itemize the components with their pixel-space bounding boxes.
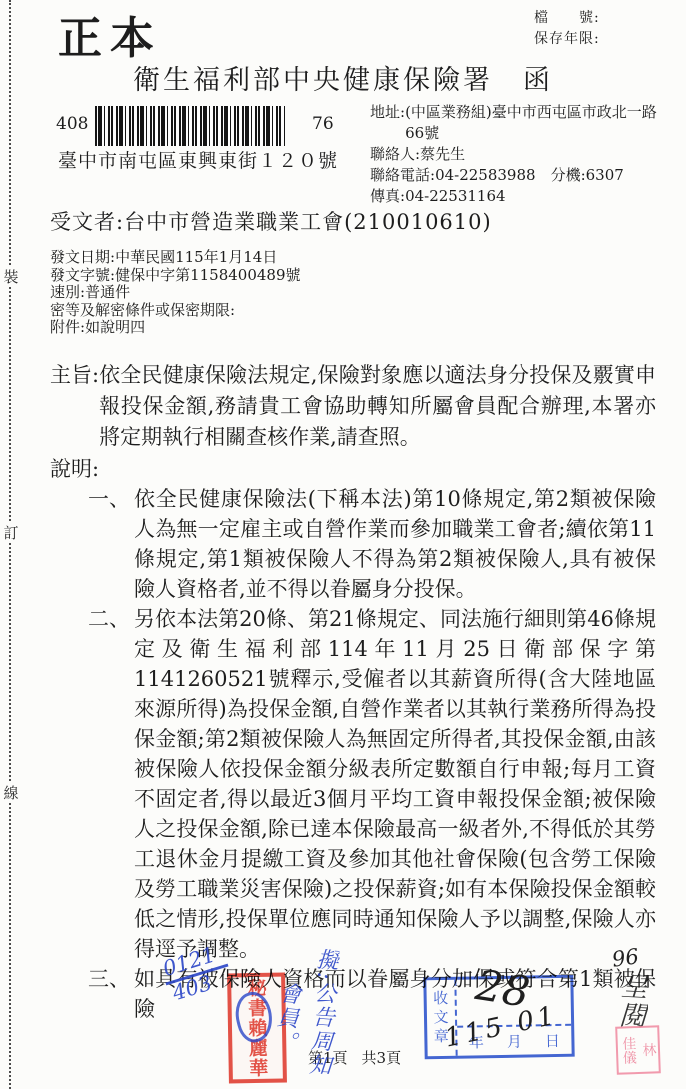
binding-mark-zhuang: 裝 — [1, 266, 21, 287]
sender-address-row: 地址: (中區業務組)臺中市西屯區市政北一路66號 — [370, 102, 666, 144]
sender-fax-row: 傳真: 04-22531164 — [370, 186, 666, 207]
doc-number-label: 發文字號: — [50, 267, 115, 285]
recipient-line: 受文者:台中市營造業職業工會(210010610) — [50, 206, 492, 236]
item-2-number: 二、 — [88, 604, 134, 964]
attachment-row: 附件: 如說明四 — [50, 319, 301, 337]
speed-row: 速別: 普通件 — [50, 284, 301, 302]
sender-contact-label: 聯絡人: — [370, 144, 420, 165]
speed-value: 普通件 — [85, 284, 130, 302]
subject-paragraph: 主旨: 依全民健康保險法規定,保險對象應以適法身分投保及覈實申報投保金額,務請貴… — [50, 360, 656, 453]
document-meta-block: 發文日期: 中華民國115年1月14日 發文字號: 健保中字第115840048… — [50, 249, 301, 337]
subject-label: 主旨: — [50, 360, 99, 453]
item-1-text: 依全民健康保險法(下稱本法)第10條規定,第2類被保險人為無一定雇主或自營作業而… — [134, 484, 656, 604]
item-2-text: 另依本法第20條、第21條規定、同法施行細則第46條規定及衛生福利部114年11… — [134, 604, 656, 964]
barcode-number: 76 — [312, 114, 334, 134]
pink-seal-surname: 林 — [640, 1042, 655, 1057]
explanation-label: 說明: — [50, 453, 99, 483]
retention-period-label: 保存年限: — [534, 29, 600, 50]
sender-contact-row: 聯絡人: 蔡先生 — [370, 144, 666, 165]
recipient-value: 台中市營造業職業工會(210010610) — [124, 210, 492, 234]
sender-contact-block: 地址: (中區業務組)臺中市西屯區市政北一路66號 聯絡人: 蔡先生 聯絡電話:… — [370, 102, 666, 207]
speed-label: 速別: — [50, 284, 85, 302]
issue-date-value: 中華民國115年1月14日 — [115, 249, 277, 267]
item-3-number: 三、 — [88, 964, 134, 1024]
document-title: 衛生福利部中央健康保險署 函 — [0, 58, 686, 97]
pink-seal-given-name: 佳儀 — [620, 1036, 636, 1065]
issue-date-row: 發文日期: 中華民國115年1月14日 — [50, 249, 301, 267]
sender-address-label: 地址: — [370, 102, 405, 144]
sender-phone-row: 聯絡電話: 04-22583988 分機:6307 — [370, 165, 666, 186]
subject-text: 依全民健康保險法規定,保險對象應以適法身分投保及覈實申報投保金額,務請貴工會協助… — [99, 360, 656, 453]
file-number-label: 檔 號: — [534, 8, 600, 29]
doc-number-row: 發文字號: 健保中字第1158400489號 — [50, 267, 301, 285]
file-number-block: 檔 號: 保存年限: — [534, 8, 600, 50]
official-letter-scan: 裝 訂 線 正本 檔 號: 保存年限: 衛生福利部中央健康保險署 函 408 7… — [0, 0, 686, 1089]
sender-phone-value: 04-22583988 分機:6307 — [435, 165, 666, 186]
sender-fax-value: 04-22531164 — [405, 186, 666, 207]
binding-dotted-line — [9, 0, 11, 1089]
secrecy-row: 密等及解密條件或保密期限: — [50, 302, 301, 320]
item-1-number: 一、 — [88, 484, 134, 604]
sender-phone-label: 聯絡電話: — [370, 165, 435, 186]
copy-type-label: 正本 — [58, 2, 162, 66]
binding-mark-ding: 訂 — [1, 522, 21, 543]
sender-fax-label: 傳真: — [370, 186, 405, 207]
explanation-item-2: 二、 另依本法第20條、第21條規定、同法施行細則第46條規定及衛生福利部114… — [50, 604, 656, 964]
sender-contact-value: 蔡先生 — [420, 144, 666, 165]
binding-mark-xian: 線 — [1, 782, 21, 803]
handwritten-black-number: 96 — [610, 944, 640, 971]
attachment-value: 如說明四 — [85, 319, 145, 337]
mail-barcode — [95, 106, 285, 146]
explanation-items: 一、 依全民健康保險法(下稱本法)第10條規定,第2類被保險人為無一定雇主或自營… — [50, 484, 656, 1024]
recipient-mailing-address: 臺中市南屯區東興東街１２０號 — [58, 146, 338, 173]
secrecy-label: 密等及解密條件或保密期限: — [50, 302, 235, 320]
zip-code: 408 — [56, 114, 88, 134]
recipient-label: 受文者: — [50, 210, 124, 234]
explanation-item-1: 一、 依全民健康保險法(下稱本法)第10條規定,第2類被保險人為無一定雇主或自營… — [50, 484, 656, 604]
sender-address-value: (中區業務組)臺中市西屯區市政北一路66號 — [405, 102, 666, 144]
attachment-label: 附件: — [50, 319, 85, 337]
issue-date-label: 發文日期: — [50, 249, 115, 267]
pink-name-seal-stamp: 佳儀 林 — [615, 1025, 661, 1075]
page-total: 共3頁 — [362, 1049, 402, 1067]
doc-number-value: 健保中字第1158400489號 — [115, 267, 300, 285]
